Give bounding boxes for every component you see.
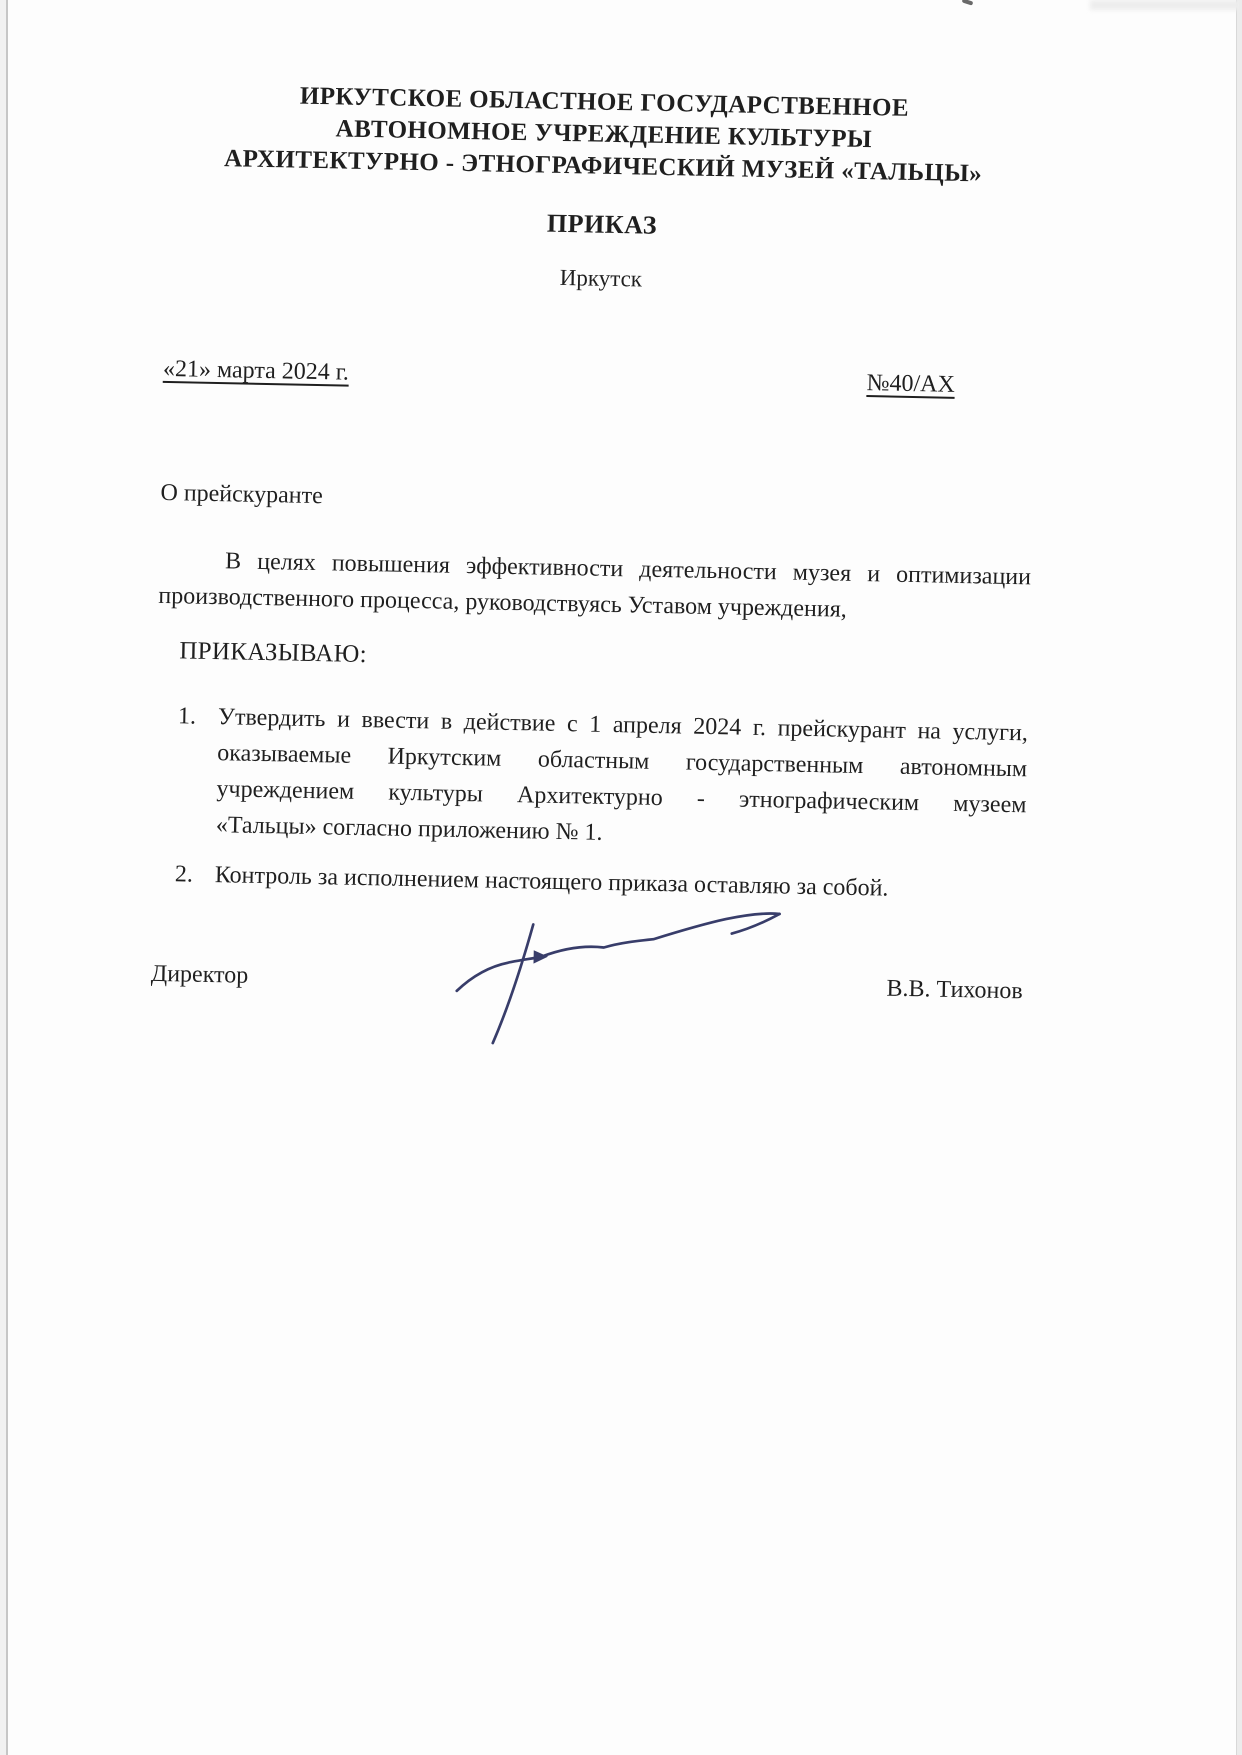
- signature-cross-stroke: [493, 924, 533, 1044]
- signature-main-stroke: [457, 907, 780, 997]
- order-item-1: 1. Утвердить и ввести в действие с 1 апр…: [154, 698, 1029, 859]
- signer-position-label: Директор: [151, 958, 249, 992]
- handwritten-signature: [449, 894, 802, 1066]
- date-number-row: «21» марта 2024 г. №40/АХ: [163, 352, 1036, 403]
- signer-name: В.В. Тихонов: [886, 973, 1023, 1008]
- resolve-word: ПРИКАЗЫВАЮ:: [157, 634, 1030, 685]
- scan-right-edge-line: [1236, 0, 1237, 1755]
- scan-artifact-smudge: [1090, 0, 1240, 10]
- document-number-wrap: №40/АХ: [866, 366, 1035, 403]
- city-line: Иркутск: [165, 255, 1037, 302]
- subject-line: О прейскуранте: [160, 478, 1032, 525]
- scan-artifact-mark: [962, 0, 974, 6]
- document-date: «21» марта 2024 г.: [163, 352, 350, 390]
- signature-arrowhead: [533, 950, 548, 964]
- scan-right-edge-strip: [1237, 0, 1242, 1755]
- item-number: 2.: [174, 856, 215, 893]
- organization-name: ИРКУТСКОЕ ОБЛАСТНОЕ ГОСУДАРСТВЕННОЕ АВТО…: [167, 78, 1041, 191]
- scan-left-edge-line: [6, 0, 8, 1755]
- document-type-title: ПРИКАЗ: [166, 200, 1038, 249]
- item-text: Утвердить и ввести в действие с 1 апреля…: [215, 699, 1028, 859]
- document-number: №40/АХ: [866, 370, 955, 398]
- scanned-page: ИРКУТСКОЕ ОБЛАСТНОЕ ГОСУДАРСТВЕННОЕ АВТО…: [0, 0, 1242, 1755]
- intro-paragraph: В целях повышения эффективности деятельн…: [158, 542, 1031, 631]
- item-number: 1.: [176, 698, 219, 843]
- document-body: ИРКУТСКОЕ ОБЛАСТНОЕ ГОСУДАРСТВЕННОЕ АВТО…: [151, 70, 1041, 1007]
